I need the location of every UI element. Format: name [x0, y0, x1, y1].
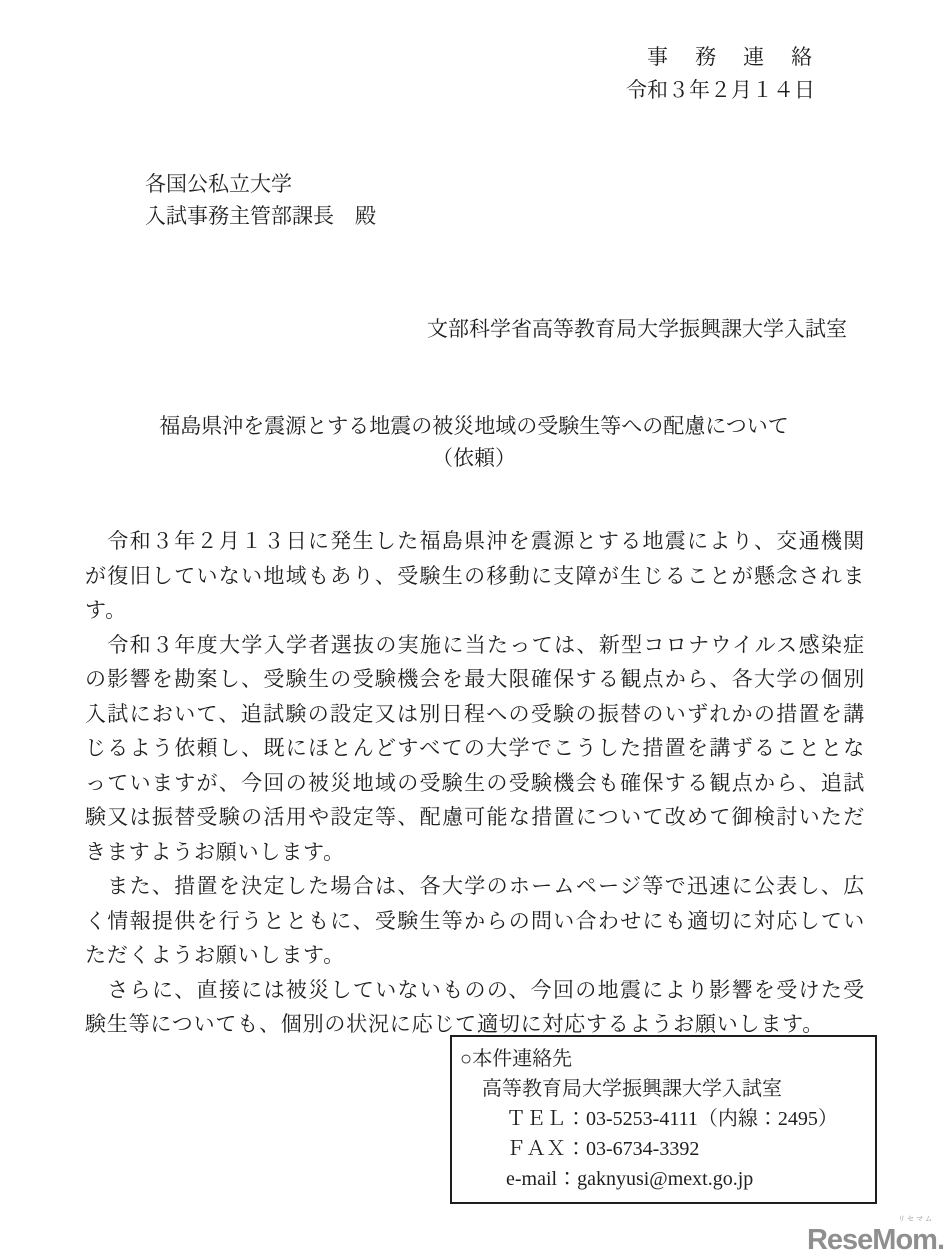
contact-email: e-mail：gaknyusi@mext.go.jp — [460, 1164, 865, 1194]
document-header: 事 務 連 絡 令和３年２月１４日 — [626, 42, 815, 108]
contact-fax: ＦＡＸ：03-6734-3392 — [460, 1134, 865, 1164]
contact-tel: ＴＥＬ：03-5253-4111（内線：2495） — [460, 1104, 865, 1134]
title-block: 福島県沖を震源とする地震の被災地域の受験生等への配慮について （依頼） — [0, 410, 948, 474]
contact-department: 高等教育局大学振興課大学入試室 — [460, 1074, 865, 1104]
body-paragraph-3: また、措置を決定した場合は、各大学のホームページ等で迅速に公表し、広く情報提供を… — [85, 869, 865, 973]
body-paragraph-2: 令和３年度大学入学者選抜の実施に当たっては、新型コロナウイルス感染症の影響を勘案… — [85, 628, 865, 870]
body-text: 令和３年２月１３日に発生した福島県沖を震源とする地震により、交通機関が復旧してい… — [85, 524, 865, 1042]
document-page: 事 務 連 絡 令和３年２月１４日 各国公私立大学 入試事務主管部課長 殿 文部… — [0, 0, 948, 1259]
addressee-line-2: 入試事務主管部課長 殿 — [145, 200, 376, 232]
body-paragraph-1: 令和３年２月１３日に発生した福島県沖を震源とする地震により、交通機関が復旧してい… — [85, 524, 865, 628]
contact-heading: ○本件連絡先 — [460, 1044, 865, 1074]
resemom-logo: リセマム ReseMom. — [807, 1216, 944, 1255]
doc-date: 令和３年２月１４日 — [626, 72, 815, 108]
resemom-logo-text: ReseMom. — [807, 1224, 944, 1256]
resemom-logo-ruby: リセマム — [898, 1216, 934, 1224]
addressee-block: 各国公私立大学 入試事務主管部課長 殿 — [145, 168, 376, 232]
document-subtitle: （依頼） — [0, 442, 948, 474]
sender-line: 文部科学省高等教育局大学振興課大学入試室 — [427, 316, 847, 342]
document-title: 福島県沖を震源とする地震の被災地域の受験生等への配慮について — [0, 410, 948, 442]
body-paragraph-4: さらに、直接には被災していないものの、今回の地震により影響を受けた受験生等につい… — [85, 973, 865, 1042]
contact-box: ○本件連絡先 高等教育局大学振興課大学入試室 ＴＥＬ：03-5253-4111（… — [450, 1035, 877, 1204]
addressee-line-1: 各国公私立大学 — [145, 168, 376, 200]
doc-type-label: 事 務 連 絡 — [626, 42, 815, 72]
